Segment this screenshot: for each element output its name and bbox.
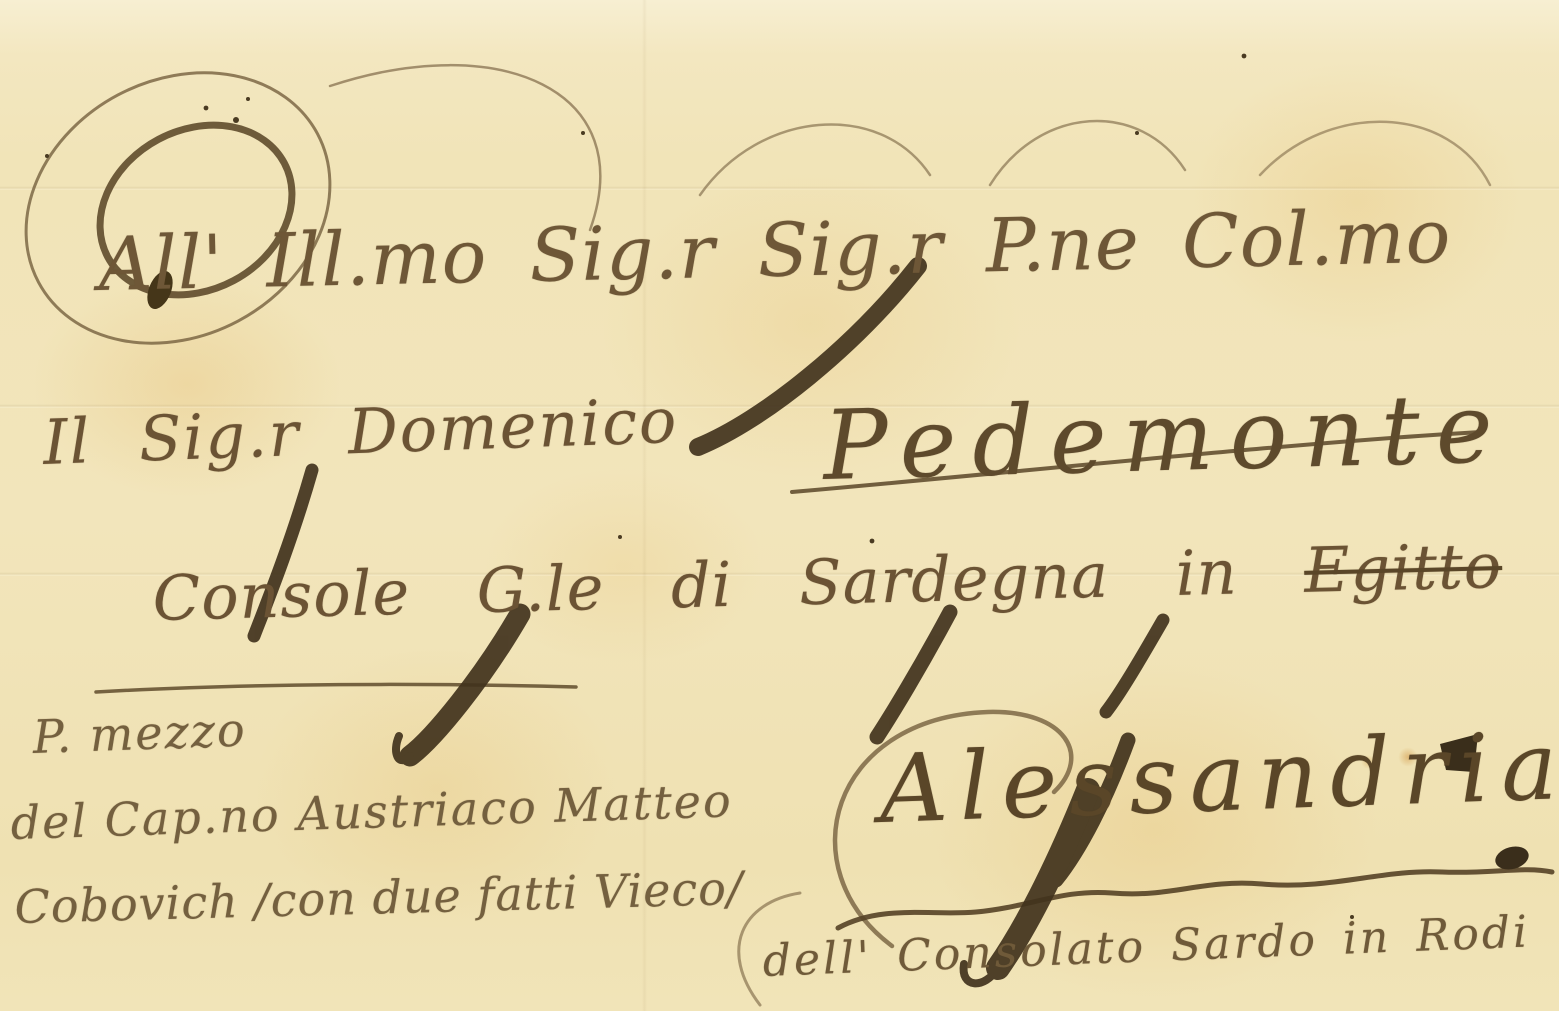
carrier-note-line-1: P. mezzo — [32, 707, 247, 760]
consul-title-line: Console G.le di Sardegna in Egitto — [152, 535, 1503, 630]
bold-descender-sardegna — [877, 612, 950, 737]
ink-speck — [45, 154, 49, 158]
consul-title-prefix: Console G.le di Sardegna in — [152, 535, 1239, 634]
recipient-surname: Pedemonte — [822, 380, 1510, 494]
carrier-note-line-3: Cobovich /con due fatti Vieco/ — [14, 865, 744, 930]
ink-flourishes-layer — [0, 0, 1559, 1011]
line1-arc-1 — [700, 124, 930, 195]
destination-line: Alessandria — [878, 720, 1559, 838]
horizontal-crease — [0, 186, 1559, 190]
initial-flourish-outer — [0, 21, 378, 395]
ink-speck — [204, 106, 209, 111]
initial-flourish-sweep — [330, 65, 600, 230]
ink-blot-final-a — [1493, 843, 1532, 873]
consul-title-struck-word: Egitto — [1303, 529, 1503, 607]
carrier-note-line-2: del Cap.no Austriaco Matteo — [10, 777, 733, 846]
vertical-crease — [642, 0, 647, 1011]
ink-speck — [246, 97, 250, 101]
bold-descender-gle — [410, 614, 520, 756]
salutation-line: All' Ill.mo Sig.r Sig.r P.ne Col.mo — [98, 200, 1452, 302]
carrier-rule-line — [96, 684, 576, 692]
bold-descender-egitto — [1106, 620, 1163, 712]
ink-speck — [618, 535, 622, 539]
ink-speck — [870, 539, 875, 544]
ink-speck — [1135, 131, 1139, 135]
sender-note-line: dell' Consolato Sardo in Rodi — [762, 911, 1531, 984]
ink-speck — [1242, 54, 1247, 59]
ink-speck — [233, 117, 239, 123]
bold-descender-gle-hook — [396, 736, 410, 760]
line1-arc-2 — [990, 121, 1185, 185]
line1-arc-3 — [1260, 122, 1490, 185]
ink-speck — [581, 131, 585, 135]
recipient-line: Il Sig.r Domenico — [42, 390, 679, 474]
letter-address-panel: All' Ill.mo Sig.r Sig.r P.ne Col.mo Il S… — [0, 0, 1559, 1011]
